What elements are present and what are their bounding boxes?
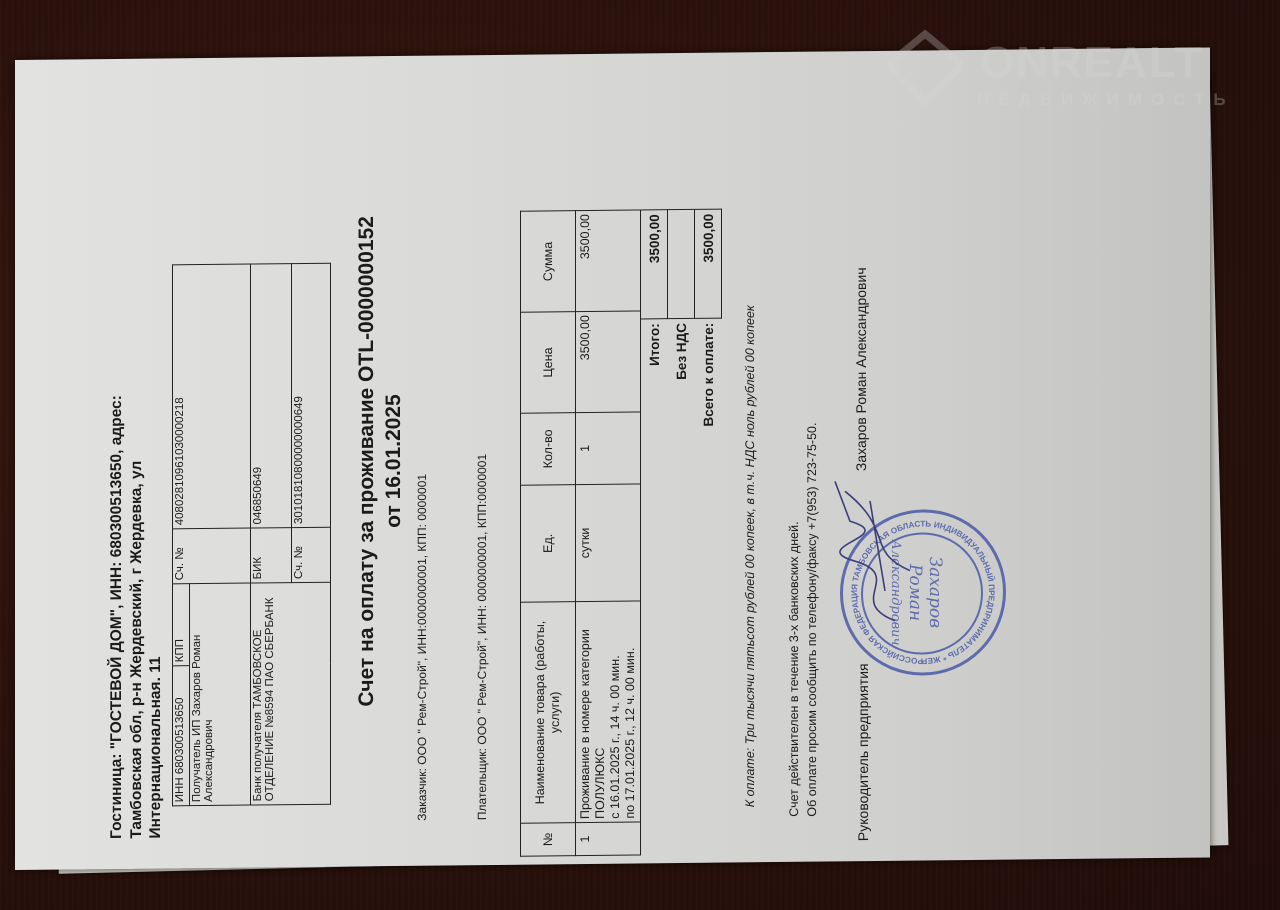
kpp-cell: КПП <box>173 584 190 666</box>
signature-name: Захаров Роман Александрович <box>853 267 869 471</box>
invoice-title-line-1: Счет на оплату за проживание OTL-0000000… <box>353 56 380 866</box>
onrealt-watermark: ONREALT НЕДВИЖИМОСТЬ <box>885 28 1245 118</box>
col-header-sum: Сумма <box>521 211 576 313</box>
watermark-brand: ONREALT <box>980 38 1203 88</box>
row-sum: 3500,00 <box>576 210 641 312</box>
invoice-title: Счет на оплату за проживание OTL-0000000… <box>353 56 407 867</box>
col-header-qty: Кол-во <box>521 413 576 485</box>
hotel-header-line-1: Гостиница: "ГОСТЕВОЙ ДОМ", ИНН: 68030051… <box>107 139 127 839</box>
amount-in-words: К оплате: Три тысячи пятьсот рублей 00 к… <box>743 305 757 807</box>
table-row: 1 Проживание в номере категории ПОЛУЛЮКС… <box>576 210 641 856</box>
amount-in-words-label: К оплате: <box>743 748 757 808</box>
row-unit: сутки <box>576 484 641 602</box>
description-line: по 17.01.2025 г., 12 ч. 00 мин. <box>623 605 638 819</box>
payer-line: Плательщик: ООО " Рем-Строй", ИНН: 00000… <box>475 454 489 820</box>
signature-role: Руководитель предприятия <box>855 663 871 841</box>
bank-details-table: ИНН 680300513650 КПП Сч. № 4080281096103… <box>172 263 331 807</box>
vat-value <box>668 209 695 318</box>
col-header-price: Цена <box>521 312 576 414</box>
invoice-page: Гостиница: "ГОСТЕВОЙ ДОМ", ИНН: 68030051… <box>15 47 1210 870</box>
hotel-header-line-3: Интернациональная. 11 <box>146 138 166 838</box>
invoice-date: от 16.01.2025 <box>380 56 407 866</box>
subtotal-value: 3500,00 <box>641 210 668 319</box>
amount-in-words-value: Три тысячи пятьсот рублей 00 копеек, в т… <box>743 305 757 744</box>
account-label: Сч. № <box>173 528 251 584</box>
account-number: 40802810961030000218 <box>173 264 251 529</box>
row-price: 3500,00 <box>576 311 641 413</box>
recipient-bank-cell: Банк получателя ТАМБОВСКОЕ ОТДЕЛЕНИЕ №85… <box>251 582 331 805</box>
items-table-header: № Наименование товара (работы, услуги) Е… <box>521 211 576 857</box>
description-line: ПОЛУЛЮКС <box>593 605 608 819</box>
row-number: 1 <box>576 822 641 856</box>
recipient-cell: Получатель ИП Захаров Роман Александрови… <box>190 583 251 806</box>
inn-cell: ИНН 680300513650 <box>173 666 190 806</box>
handwritten-signature <box>825 471 915 632</box>
stamp-surname: Захаров <box>925 512 945 672</box>
hotel-header: Гостиница: "ГОСТЕВОЙ ДОМ", ИНН: 68030051… <box>107 138 166 839</box>
row-description: Проживание в номере категории ПОЛУЛЮКС с… <box>576 601 641 823</box>
house-logo-icon <box>885 28 965 108</box>
contact-note: Об оплате просим сообщить по телефону/фа… <box>805 423 819 817</box>
col-header-description: Наименование товара (работы, услуги) <box>521 602 576 824</box>
col-header-unit: Ед. <box>521 484 576 602</box>
corr-account-number: 30101810800000000649 <box>292 263 331 527</box>
totals-table: Итого: 3500,00 Без НДС Всего к оплате: 3… <box>640 209 722 504</box>
row-qty: 1 <box>576 412 641 484</box>
total-label: Всего к оплате: <box>695 318 722 503</box>
corr-account-label: Сч. № <box>292 527 331 582</box>
watermark-subtitle: НЕДВИЖИМОСТЬ <box>977 90 1235 110</box>
validity-note: Счет действителен в течение 3-х банковск… <box>787 521 801 817</box>
total-value: 3500,00 <box>695 209 722 318</box>
customer-line: Заказчик: ООО " Рем-Строй", ИНН:00000000… <box>415 474 429 821</box>
description-line: Проживание в номере категории <box>578 605 593 819</box>
vat-label: Без НДС <box>668 318 695 503</box>
bik-value: 046850649 <box>251 264 292 528</box>
subtotal-label: Итого: <box>641 319 668 504</box>
description-line: с 16.01.2025 г., 14 ч. 00 мин. <box>608 605 623 819</box>
items-table: № Наименование товара (работы, услуги) Е… <box>520 209 641 856</box>
bik-label: БИК <box>251 528 292 583</box>
hotel-header-line-2: Тамбовская обл, р-н Жердевский, г Жердев… <box>127 139 147 839</box>
col-header-number: № <box>521 823 576 857</box>
